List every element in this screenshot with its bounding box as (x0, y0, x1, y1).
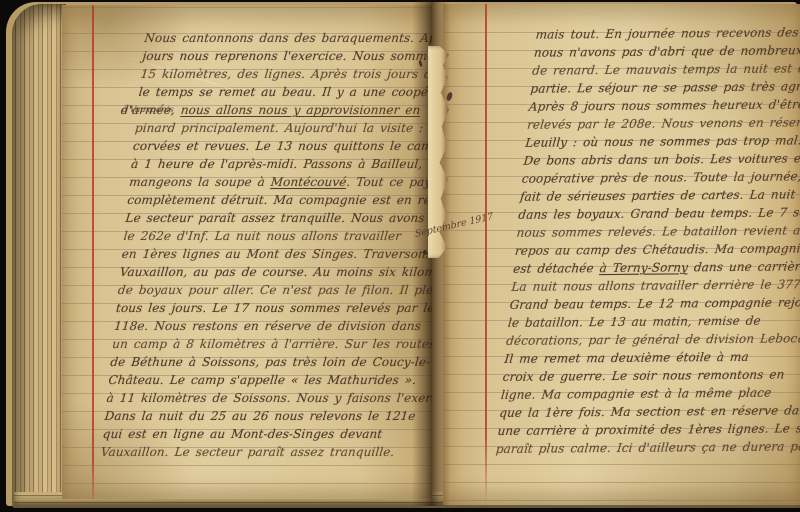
phrase: en 1ères lignes au Mont des Singes. Trav… (121, 247, 432, 261)
phrase: le bataillon. Le 13 au matin, remise de (507, 314, 761, 330)
scanned-diary-photo: { "document_kind": "Journal de guerre ma… (0, 0, 800, 512)
phrase: de renard. Le mauvais temps la nuit est … (532, 61, 800, 78)
manuscript-line: de boyaux pour aller. Ce n'est pas le fi… (117, 281, 432, 299)
right-page: mais tout. En journée nous recevons des … (443, 4, 800, 505)
manuscript-line: décorations, par le général de division … (505, 329, 800, 350)
phrase: nous sommes relevés. Le bataillon revien… (516, 223, 800, 240)
phrase: à 11 kilomètres de Soissons. Nous y fais… (106, 391, 432, 405)
manuscript-line: La nuit nous allons travailler derrière … (511, 275, 800, 296)
phrase: partie. Le séjour ne se passe pas très a… (530, 79, 800, 96)
manuscript-line: corvées et revues. Le 13 nous quittons l… (132, 137, 432, 155)
manuscript-line: Le secteur paraît assez tranquille. Nous… (125, 209, 432, 227)
underlined-phrase: à Terny-Sorny (599, 260, 689, 275)
phrase: Leuilly : où nous ne sommes pas trop mal… (525, 133, 800, 149)
manuscript-line: Leuilly : où nous ne sommes pas trop mal… (524, 131, 800, 152)
phrase: de boyaux pour aller. Ce n'est pas le fi… (117, 283, 432, 297)
manuscript-line: complètement détruit. Ma compagnie est e… (126, 191, 432, 209)
phrase: Il me remet ma deuxième étoile à ma (504, 350, 750, 366)
left-page-manuscript-text: Nous cantonnons dans des baraquements. A… (100, 29, 432, 461)
manuscript-line: nous n'avons pas d'abri que de nombreux … (533, 41, 800, 62)
ink-blot (423, 250, 427, 255)
phrase: . Tout ce pays est (346, 175, 432, 189)
manuscript-line: de Béthune à Soissons, pas très loin de … (109, 353, 432, 371)
phrase: est détachée (513, 261, 601, 276)
manuscript-line: Nous cantonnons dans des baraquements. A… (144, 29, 432, 47)
phrase: de Béthune à Soissons, pas très loin de … (110, 355, 431, 369)
manuscript-line: 118e. Nous restons en réserve de divisio… (113, 317, 432, 335)
manuscript-line: qui est en ligne au Mont-des-Singes deva… (102, 425, 432, 443)
phrase: Après 8 jours nous sommes heureux d'être (528, 97, 800, 113)
manuscript-line: fait de sérieuses parties de cartes. La … (519, 185, 800, 206)
left-page: Nous cantonnons dans des baraquements. A… (62, 5, 432, 499)
phrase: relevés par le 208e. Nous venons en rése… (526, 115, 800, 132)
manuscript-line: partie. Le séjour ne se passe pas très a… (530, 77, 800, 98)
manuscript-line: Dans la nuit du 25 au 26 nous relevons l… (104, 407, 432, 425)
manuscript-line: paraît plus calme. Ici d'ailleurs ça ne … (495, 437, 800, 458)
page-edge-stack-left (12, 4, 66, 508)
phrase: mais tout. En journée nous recevons des … (535, 25, 800, 42)
manuscript-line: 15 kilomètres, des lignes. Après trois j… (140, 65, 432, 83)
phrase: nous n'avons pas d'abri que de nombreux … (533, 43, 800, 60)
manuscript-line: nous sommes relevés. Le bataillon revien… (516, 221, 800, 242)
manuscript-line: ligne. Ma compagnie est à la même place (500, 383, 800, 404)
phrase: Le secteur paraît assez tranquille. Nous… (125, 211, 432, 225)
manuscript-line: le temps se remet au beau. Il y a une co… (138, 83, 432, 101)
phrase: repos au camp des Chétaudis. Ma compagni… (514, 241, 800, 258)
phrase: le 262e d'Inf. La nuit nous allons trava… (123, 229, 402, 243)
phrase: jours nous reprenons l'exercice. Nous so… (142, 49, 432, 63)
manuscript-line: tous les jours. Le 17 nous sommes relevé… (115, 299, 432, 317)
phrase: à 1 heure de l'après-midi. Passons à Bai… (130, 157, 423, 171)
phrase: Grand beau temps. Le 12 ma compagnie rej… (509, 295, 800, 312)
manuscript-line: en 1ères lignes au Mont des Singes. Trav… (121, 245, 432, 263)
manuscript-line: Vauxaillon, au pas de course. Au moins s… (119, 263, 432, 281)
manuscript-line: pinard principalement. Aujourd'hui la vi… (134, 119, 432, 137)
phrase: fait de sérieuses parties de cartes. La … (519, 187, 800, 204)
phrase: tous les jours. Le 17 nous sommes relevé… (115, 301, 432, 315)
phrase: De bons abris dans un bois. Les voitures… (523, 151, 800, 168)
interline-correction-note: à Vauxponis (121, 105, 174, 115)
manuscript-line: Vauxaillon. Le secteur paraît assez tran… (100, 443, 432, 461)
manuscript-line: Grand beau temps. Le 12 ma compagnie rej… (509, 293, 800, 314)
manuscript-line: un camp à 8 kilomètres à l'arrière. Sur … (111, 335, 432, 353)
phrase: dans les boyaux. Grand beau temps. Le 7 … (518, 205, 800, 222)
phrase: Château. Le camp s'appelle « les Mathuri… (108, 373, 417, 387)
manuscript-line: de renard. Le mauvais temps la nuit est … (531, 59, 800, 80)
manuscript-line: est détachée à Terny-Sorny dans une carr… (512, 257, 800, 278)
phrase: décorations, par le général de division … (506, 331, 800, 348)
manuscript-line: le 262e d'Inf. La nuit nous allons trava… (123, 227, 432, 245)
phrase: 118e. Nous restons en réserve de divisio… (113, 319, 421, 333)
manuscript-line: à 11 kilomètres de Soissons. Nous y fais… (106, 389, 432, 407)
phrase: dans une carrière. (687, 259, 800, 274)
phrase: complètement détruit. Ma compagnie est e… (127, 193, 432, 207)
phrase: croix de guerre. Le soir nous remontons … (502, 367, 785, 383)
phrase: Vauxaillon. Le secteur paraît assez tran… (100, 445, 395, 459)
underlined-phrase: nous allons nous y approvisionner en (180, 103, 421, 117)
manuscript-line: à 1 heure de l'après-midi. Passons à Bai… (130, 155, 432, 173)
manuscript-line: Château. Le camp s'appelle « les Mathuri… (108, 371, 432, 389)
right-page-manuscript-text: mais tout. En journée nous recevons des … (495, 23, 800, 458)
phrase: le temps se remet au beau. Il y a une co… (138, 85, 432, 99)
manuscript-line: dans les boyaux. Grand beau temps. Le 7 … (518, 203, 800, 224)
manuscript-line: jours nous reprenons l'exercice. Nous so… (142, 47, 432, 65)
phrase: corvées et revues. Le 13 nous quittons l… (132, 139, 432, 153)
manuscript-line: coopérative près de nous. Toute la journ… (521, 167, 800, 188)
phrase: paraît plus calme. Ici d'ailleurs ça ne … (495, 439, 800, 456)
phrase: mangeons la soupe à (129, 175, 272, 189)
manuscript-line: mais tout. En journée nous recevons des … (535, 23, 800, 44)
phrase: Nous cantonnons dans des baraquements. A… (144, 31, 432, 45)
phrase: Vauxaillon, au pas de course. Au moins s… (119, 265, 432, 279)
manuscript-line: Après 8 jours nous sommes heureux d'être (528, 95, 800, 116)
manuscript-line: mangeons la soupe à Montécouvé. Tout ce … (128, 173, 432, 191)
phrase: coopérative près de nous. Toute la journ… (521, 169, 800, 186)
phrase: La nuit nous allons travailler derrière … (511, 277, 800, 294)
phrase: ligne. Ma compagnie est à la même place (500, 386, 772, 402)
phrase: un camp à 8 kilomètres à l'arrière. Sur … (112, 337, 432, 351)
manuscript-line: repos au camp des Chétaudis. Ma compagni… (514, 239, 800, 260)
manuscript-line: De bons abris dans un bois. Les voitures… (523, 149, 800, 170)
phrase: une carrière à proximité des 1ères ligne… (497, 421, 800, 438)
phrase: qui est en ligne au Mont-des-Singes deva… (102, 427, 383, 441)
phrase: que la 1ère fois. Ma section est en rése… (499, 403, 800, 420)
notebook: Nous cantonnons dans des baraquements. A… (6, 2, 797, 506)
phrase: 15 kilomètres, des lignes. Après trois j… (140, 67, 432, 81)
phrase: pinard principalement. Aujourd'hui la vi… (134, 121, 424, 135)
underlined-phrase: Montécouvé (270, 175, 347, 189)
manuscript-line: relevés par le 208e. Nous venons en rése… (526, 113, 800, 134)
phrase: Dans la nuit du 25 au 26 nous relevons l… (104, 409, 416, 423)
